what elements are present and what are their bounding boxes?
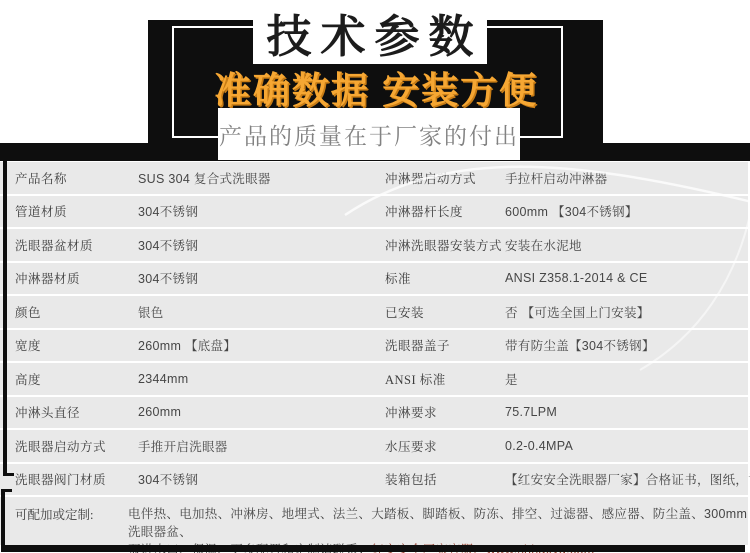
page-title: 技术参数: [257, 0, 482, 65]
spec-value: 600mm 【304不锈钢】: [505, 202, 638, 220]
bottom-frame-bar: [1, 545, 745, 552]
spec-row: 已安装 否 【可选全国上门安装】: [375, 296, 748, 330]
spec-label: 洗眼器盆材质: [15, 236, 138, 254]
spec-value: 否 【可选全国上门安装】: [505, 303, 650, 321]
spec-value: SUS 304 复合式洗眼器: [138, 169, 271, 187]
spec-label: 高度: [15, 370, 138, 388]
spec-label: 冲淋洗眼器安装方式: [385, 236, 505, 254]
spec-label: 洗眼器阀门材质: [15, 470, 138, 488]
spec-label: 冲淋要求: [385, 403, 505, 421]
spec-value: 260mm: [138, 405, 181, 419]
spec-label: 标准: [385, 269, 505, 287]
spec-label: 洗眼器盖子: [385, 336, 505, 354]
spec-value: 304不锈钢: [138, 202, 198, 220]
spec-value: 304不锈钢: [138, 236, 198, 254]
header-tagline: 产品的质量在于厂家的付出: [219, 118, 519, 151]
left-frame-line-upper: [3, 161, 7, 473]
spec-row: 冲淋洗眼器安装方式 安装在水泥地: [375, 229, 748, 263]
spec-value: 0.2-0.4MPA: [505, 439, 573, 453]
spec-row: 洗眼器阀门材质 304不锈钢: [0, 464, 375, 498]
spec-row: 洗眼器启动方式 手推开启洗眼器: [0, 430, 375, 464]
spec-row: 颜色 银色: [0, 296, 375, 330]
spec-row: 水压要求 0.2-0.4MPA: [375, 430, 748, 464]
spec-row: 装箱包括 【红安安全洗眼器厂家】合格证书，图纸，说明书: [375, 464, 748, 498]
header-subtitle: 准确数据 安装方便: [150, 64, 602, 110]
spec-value: 是: [505, 370, 518, 388]
spec-value: 带有防尘盖【304不锈钢】: [505, 336, 655, 354]
spec-row: 冲淋头直径 260mm: [0, 397, 375, 431]
spec-label: 产品名称: [15, 169, 138, 187]
customization-label: 可配加或定制:: [15, 497, 128, 523]
spec-label: 已安装: [385, 303, 505, 321]
spec-row: 冲淋器启动方式 手拉杆启动冲淋器: [375, 162, 748, 196]
spec-value: 银色: [138, 303, 164, 321]
spec-value: 75.7LPM: [505, 405, 557, 419]
spec-label: 宽度: [15, 336, 138, 354]
left-frame-line-lower: [1, 489, 5, 545]
spec-label: 冲淋头直径: [15, 403, 138, 421]
spec-column-left: 产品名称 SUS 304 复合式洗眼器 管道材质 304不锈钢 洗眼器盆材质 3…: [0, 162, 375, 497]
customization-row: 可配加或定制: 电伴热、电加热、冲淋房、地埋式、法兰、大踏板、脚踏板、防冻、排空…: [0, 497, 748, 545]
spec-value: ANSI Z358.1-2014 & CE: [505, 271, 647, 285]
spec-row: 产品名称 SUS 304 复合式洗眼器: [0, 162, 375, 196]
spec-row: 冲淋要求 75.7LPM: [375, 397, 748, 431]
spec-value: 手拉杆启动冲淋器: [505, 169, 607, 187]
spec-label: 水压要求: [385, 437, 505, 455]
spec-row: 冲淋器材质 304不锈钢: [0, 263, 375, 297]
spec-label: 冲淋器材质: [15, 269, 138, 287]
tagline-card: 产品的质量在于厂家的付出: [218, 108, 520, 160]
spec-label: 冲淋器杆长度: [385, 202, 505, 220]
spec-label: 管道材质: [15, 202, 138, 220]
spec-value: 2344mm: [138, 372, 188, 386]
spec-row: 冲淋器杆长度 600mm 【304不锈钢】: [375, 196, 748, 230]
spec-value: 260mm 【底盘】: [138, 336, 236, 354]
spec-row: 洗眼器盆材质 304不锈钢: [0, 229, 375, 263]
spec-row: ANSI 标准 是: [375, 363, 748, 397]
spec-label: ANSI 标准: [385, 370, 505, 388]
spec-row: 标准 ANSI Z358.1-2014 & CE: [375, 263, 748, 297]
left-frame-corner-lower: [1, 489, 12, 492]
spec-row: 宽度 260mm 【底盘】: [0, 330, 375, 364]
spec-value: 304不锈钢: [138, 269, 198, 287]
spec-row: 管道材质 304不锈钢: [0, 196, 375, 230]
spec-row: 高度 2344mm: [0, 363, 375, 397]
spec-value: 304不锈钢: [138, 470, 198, 488]
spec-column-right: 冲淋器启动方式 手拉杆启动冲淋器 冲淋器杆长度 600mm 【304不锈钢】 冲…: [375, 162, 748, 497]
title-card: 技术参数: [253, 0, 487, 64]
spec-label: 颜色: [15, 303, 138, 321]
product-spec-poster: 技术参数 准确数据 安装方便 产品的质量在于厂家的付出 产品名称 SUS 304…: [0, 0, 750, 553]
spec-value: 安装在水泥地: [505, 236, 582, 254]
spec-label: 装箱包括: [385, 470, 505, 488]
spec-value: 【红安安全洗眼器厂家】合格证书，图纸，说明书: [505, 470, 750, 488]
left-frame-corner-upper: [3, 473, 14, 476]
spec-label: 冲淋器启动方式: [385, 169, 505, 187]
spec-label: 洗眼器启动方式: [15, 437, 138, 455]
customization-options-line1: 电伴热、电加热、冲淋房、地埋式、法兰、大踏板、脚踏板、防冻、排空、过滤器、感应器…: [128, 507, 747, 539]
spec-row: 洗眼器盖子 带有防尘盖【304不锈钢】: [375, 330, 748, 364]
spec-value: 手推开启洗眼器: [138, 437, 228, 455]
